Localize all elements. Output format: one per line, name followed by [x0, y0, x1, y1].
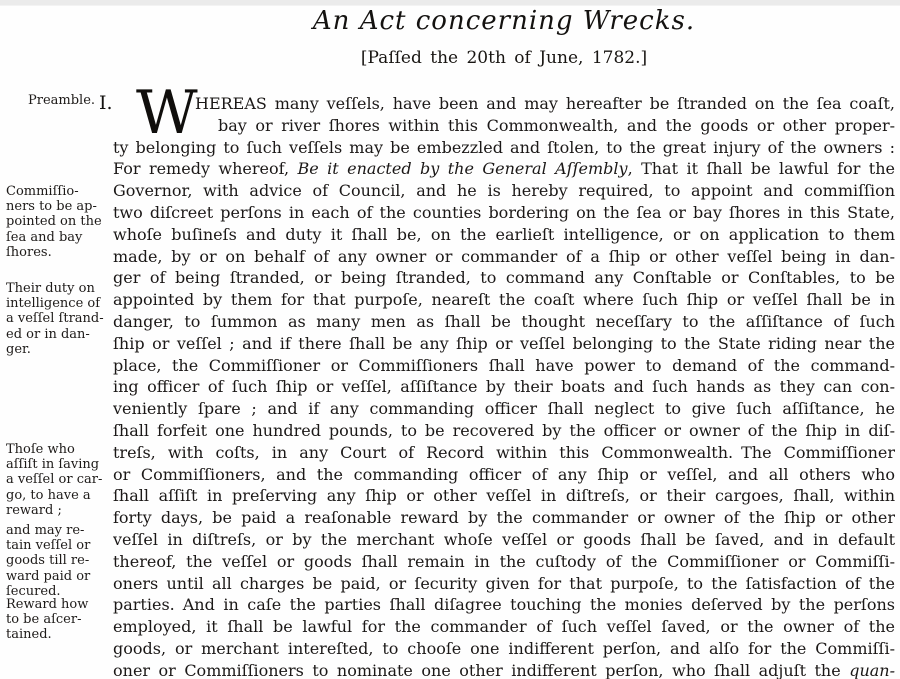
body-segment: two diſcreet perſons in each of the coun…: [113, 203, 895, 222]
body-line: veſſel in diſtreſs, or by the merchant w…: [113, 529, 895, 551]
body-segment: oners until all charges be paid, or ſecu…: [113, 574, 895, 593]
sidenote-line: ed or in dan-: [6, 327, 109, 342]
body-line: oner or Commiſſioners to nominate one ot…: [113, 660, 895, 679]
sidenote-line: and may re-: [6, 523, 109, 538]
body-segment: veniently ſpare ; and if any commanding …: [113, 399, 895, 418]
sidenote: and may re-tain veſſel orgoods till re-w…: [6, 523, 109, 599]
body-segment: , That it ſhall be lawful for the: [628, 159, 895, 178]
sidenote-line: pointed on the: [6, 214, 109, 229]
body-segment: ing officer of ſuch ſhip or veſſel, aſſi…: [113, 377, 895, 396]
body-segment: ty belonging to ſuch veſſels may be embe…: [113, 138, 895, 157]
body-line: treſs, with coſts, in any Court of Recor…: [113, 442, 895, 464]
sidenote: Thoſe whoaſſiſt in ſavinga veſſel or car…: [6, 442, 109, 518]
sidenote-line: intelligence of: [6, 296, 109, 311]
body-line: ing officer of ſuch ſhip or veſſel, aſſi…: [113, 376, 895, 398]
sidenote-line: to be aſcer-: [6, 612, 109, 627]
body-line: ſhip or veſſel ; and if there ſhall be a…: [113, 333, 895, 355]
body-line: ty belonging to ſuch veſſels may be embe…: [113, 137, 895, 159]
body-segment: ſhall aſſiſt in preſerving any ſhip or o…: [113, 486, 895, 505]
body-segment: thereof, the veſſel or goods ſhall remai…: [113, 552, 895, 571]
body-line: employed, it ſhall be lawful for the com…: [113, 616, 895, 638]
body-segment: danger, to ſummon as many men as ſhall b…: [113, 312, 895, 331]
sidenote-line: aſſiſt in ſaving: [6, 457, 109, 472]
body-segment: For remedy whereof,: [113, 159, 298, 178]
sidenote: Reward howto be aſcer-tained.: [6, 597, 109, 643]
body-segment: employed, it ſhall be lawful for the com…: [113, 617, 895, 636]
sidenote-line: tained.: [6, 627, 109, 642]
body-line: HEREAS many veſſels, have been and may h…: [113, 93, 895, 115]
sidenote-line: Thoſe who: [6, 442, 109, 457]
margin-notes: Preamble.Commiſſio-ners to be ap-pointed…: [6, 0, 109, 679]
body-line: ſhall aſſiſt in preſerving any ſhip or o…: [113, 485, 895, 507]
body-line: ger of being ſtranded, or being ſtranded…: [113, 267, 895, 289]
sidenote-line: a veſſel or car-: [6, 472, 109, 487]
body-segment: ſhall forfeit one hundred pounds, to be …: [113, 421, 895, 440]
body-segment: HEREAS many veſſels, have been and may h…: [195, 94, 895, 113]
body-line: ſhall forfeit one hundred pounds, to be …: [113, 420, 895, 442]
body-line: danger, to ſummon as many men as ſhall b…: [113, 311, 895, 333]
sidenote-line: ſhores.: [6, 245, 109, 260]
body-segment: Governor, with advice of Council, and he…: [113, 181, 895, 200]
body-segment: or Commiſſioners, and the commanding off…: [113, 465, 895, 484]
body-segment: bay or river ſhores within this Commonwe…: [218, 116, 895, 135]
body-segment: whoſe buſineſs and duty it ſhall be, on …: [113, 225, 895, 244]
sidenote-line: go, to have a: [6, 488, 109, 503]
body-segment: veſſel in diſtreſs, or by the merchant w…: [113, 530, 895, 549]
body-segment: forty days, be paid a reaſonable reward …: [113, 508, 895, 527]
body-segment-italic: quan-: [849, 661, 895, 679]
sidenote-line: tain veſſel or: [6, 538, 109, 553]
body-segment: place, the Commiſſioner or Commiſſioners…: [113, 356, 895, 375]
sidenote-line: ger.: [6, 342, 109, 357]
sidenote-line: goods till re-: [6, 553, 109, 568]
body-line: whoſe buſineſs and duty it ſhall be, on …: [113, 224, 895, 246]
sidenote-line: Reward how: [6, 597, 109, 612]
body-line: veniently ſpare ; and if any commanding …: [113, 398, 895, 420]
document-page: An Act concerning Wrecks. [Paſſed the 20…: [0, 0, 900, 679]
body-line: thereof, the veſſel or goods ſhall remai…: [113, 551, 895, 573]
act-dateline: [Paſſed the 20th of June, 1782.]: [113, 48, 895, 68]
body-line: goods, or merchant intereſted, to chooſe…: [113, 638, 895, 660]
sidenote-line: reward ;: [6, 503, 109, 518]
body-segment: treſs, with coſts, in any Court of Recor…: [113, 443, 895, 462]
sidenote-line: ners to be ap-: [6, 199, 109, 214]
section-number: I.: [99, 92, 113, 114]
body-line: place, the Commiſſioner or Commiſſioners…: [113, 355, 895, 377]
sidenote: Their duty onintelligence ofa veſſel ſtr…: [6, 281, 109, 357]
body-segment: parties. And in caſe the parties ſhall d…: [113, 595, 895, 614]
drop-cap: W: [136, 90, 198, 136]
body-segment: ſhip or veſſel ; and if there ſhall be a…: [113, 334, 895, 353]
body-line: appointed by them for that purpoſe, near…: [113, 289, 895, 311]
body-line: bay or river ſhores within this Commonwe…: [113, 115, 895, 137]
body-segment-italic: Be it enacted by the General Aſſembly: [298, 159, 628, 178]
sidenote-line: a veſſel ſtrand-: [6, 311, 109, 326]
body-line: two diſcreet perſons in each of the coun…: [113, 202, 895, 224]
body-line: For remedy whereof, Be it enacted by the…: [113, 158, 895, 180]
body-text: HEREAS many veſſels, have been and may h…: [113, 93, 895, 679]
sidenote-line: ward paid or: [6, 569, 109, 584]
sidenote-line: ſea and bay: [6, 230, 109, 245]
body-segment: appointed by them for that purpoſe, near…: [113, 290, 895, 309]
sidenote: Commiſſio-ners to be ap-pointed on theſe…: [6, 184, 109, 260]
sidenote-line: Commiſſio-: [6, 184, 109, 199]
act-body: I. W HEREAS many veſſels, have been and …: [113, 93, 895, 679]
body-line: forty days, be paid a reaſonable reward …: [113, 507, 895, 529]
body-segment: ger of being ſtranded, or being ſtranded…: [113, 268, 895, 287]
body-segment: goods, or merchant intereſted, to chooſe…: [113, 639, 895, 658]
body-segment: made, by or on behalf of any owner or co…: [113, 247, 895, 266]
body-line: or Commiſſioners, and the commanding off…: [113, 464, 895, 486]
body-line: made, by or on behalf of any owner or co…: [113, 246, 895, 268]
body-line: parties. And in caſe the parties ſhall d…: [113, 594, 895, 616]
body-line: Governor, with advice of Council, and he…: [113, 180, 895, 202]
act-title: An Act concerning Wrecks.: [113, 6, 895, 36]
body-segment: oner or Commiſſioners to nominate one ot…: [113, 661, 849, 679]
sidenote-line: Their duty on: [6, 281, 109, 296]
body-line: oners until all charges be paid, or ſecu…: [113, 573, 895, 595]
